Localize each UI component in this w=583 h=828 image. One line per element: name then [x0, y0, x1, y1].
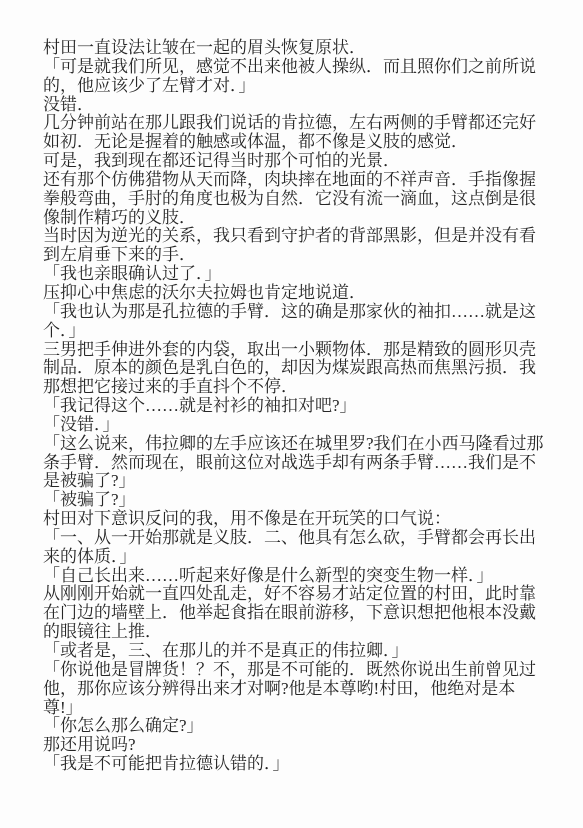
- novel-page: 村田一直设法让皱在一起的眉头恢复原状． 「可是就我们所见，感觉不出来他被人操纵．…: [0, 0, 583, 828]
- novel-body-text: 村田一直设法让皱在一起的眉头恢复原状． 「可是就我们所见，感觉不出来他被人操纵．…: [43, 39, 545, 774]
